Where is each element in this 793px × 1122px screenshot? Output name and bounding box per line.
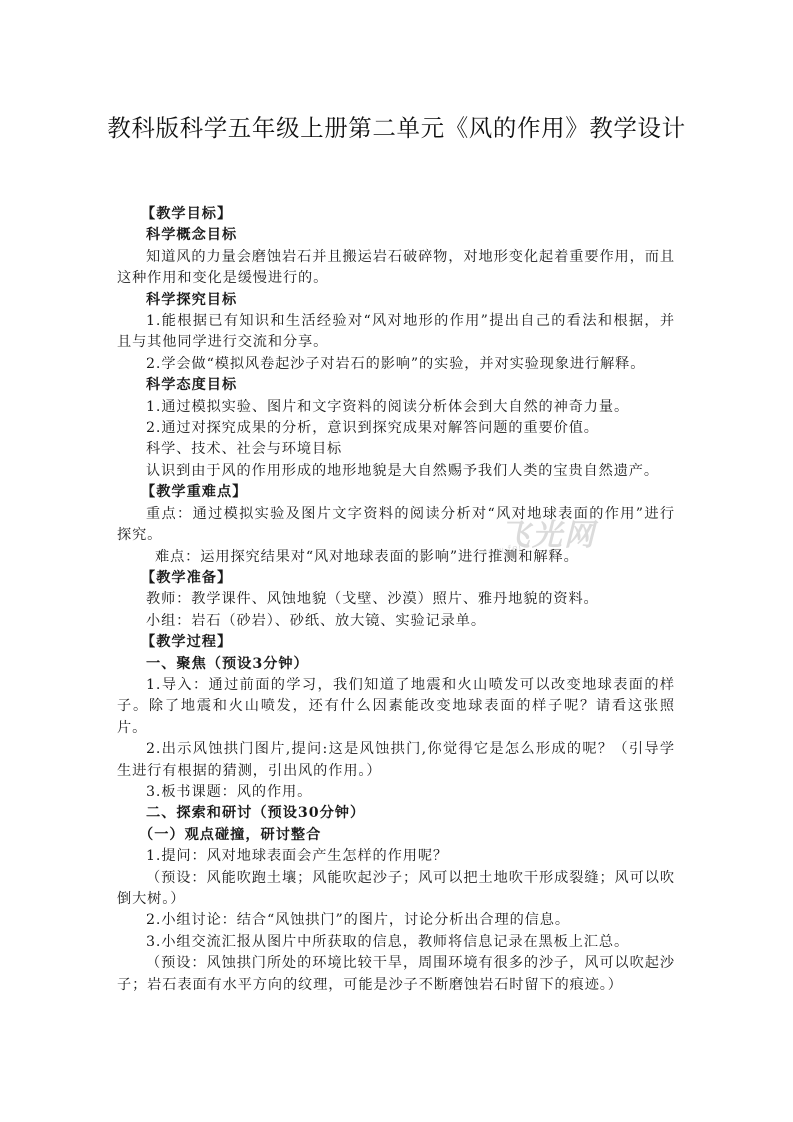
list-item-part2-1: 1.提问：风对地球表面会产生怎样的作用呢？ bbox=[117, 846, 675, 867]
list-item-part1-2: 2.出示风蚀拱门图片,提问:这是风蚀拱门,你觉得它是怎么形成的呢？（引导学生进行… bbox=[117, 739, 675, 782]
list-item-part1-1: 1.导入：通过前面的学习，我们知道了地震和火山喷发可以改变地球表面的样子。除了地… bbox=[117, 675, 675, 739]
paragraph-key-point: 重点：通过模拟实验及图片文字资料的阅读分析对“风对地球表面的作用”进行探究。 bbox=[117, 504, 675, 547]
document-title: 教科版科学五年级上册第二单元《风的作用》教学设计 bbox=[100, 112, 693, 145]
paragraph-group-prep: 小组：岩石（砂岩）、砂纸、放大镜、实验记录单。 bbox=[117, 611, 675, 632]
list-item-part1-3: 3.板书课题：风的作用。 bbox=[117, 782, 675, 803]
list-item-inquiry-1: 1.能根据已有知识和生活经验对“风对地形的作用”提出自己的看法和根据，并且与其他… bbox=[117, 311, 675, 354]
subheading-stse-goal: 科学、技术、社会与环境目标 bbox=[117, 439, 675, 460]
list-item-attitude-2: 2.通过对探究成果的分析，意识到探究成果对解答问题的重要价值。 bbox=[117, 418, 675, 439]
list-item-inquiry-2: 2.学会做“模拟风卷起沙子对岩石的影响”的实验，并对实验现象进行解释。 bbox=[117, 354, 675, 375]
section-heading-preparation: 【教学准备】 bbox=[117, 568, 675, 589]
section-heading-process: 【教学过程】 bbox=[117, 632, 675, 653]
list-item-part2-preset-1: （预设：风能吹跑土壤；风能吹起沙子；风可以把土地吹干形成裂缝；风可以吹倒大树。） bbox=[117, 868, 675, 911]
paragraph-concept-goal: 知道风的力量会磨蚀岩石并且搬运岩石破碎物，对地形变化起着重要作用，而且这种作用和… bbox=[117, 247, 675, 290]
list-item-part2-2: 2.小组讨论：结合“风蚀拱门”的图片，讨论分析出合理的信息。 bbox=[117, 910, 675, 931]
list-item-attitude-1: 1.通过模拟实验、图片和文字资料的阅读分析体会到大自然的神奇力量。 bbox=[117, 397, 675, 418]
paragraph-teacher-prep: 教师：教学课件、风蚀地貌（戈壁、沙漠）照片、雅丹地貌的资料。 bbox=[117, 589, 675, 610]
document-body: 【教学目标】 科学概念目标 知道风的力量会磨蚀岩石并且搬运岩石破碎物，对地形变化… bbox=[117, 204, 675, 996]
list-item-part2-preset-2: （预设：风蚀拱门所处的环境比较干旱，周围环境有很多的沙子，风可以吹起沙子；岩石表… bbox=[117, 953, 675, 996]
section-heading-goals: 【教学目标】 bbox=[117, 204, 675, 225]
subheading-inquiry-goal: 科学探究目标 bbox=[117, 290, 675, 311]
subheading-attitude-goal: 科学态度目标 bbox=[117, 375, 675, 396]
paragraph-stse-goal: 认识到由于风的作用形成的地形地貌是大自然赐予我们人类的宝贵自然遗产。 bbox=[117, 461, 675, 482]
list-item-part2-3: 3.小组交流汇报从图片中所获取的信息，教师将信息记录在黑板上汇总。 bbox=[117, 932, 675, 953]
document-page: 教科版科学五年级上册第二单元《风的作用》教学设计 【教学目标】 科学概念目标 知… bbox=[0, 0, 793, 1122]
subheading-part2-explore: 二、探索和研讨（预设30分钟） bbox=[117, 803, 675, 824]
subheading-part1-focus: 一、聚焦（预设3分钟） bbox=[117, 654, 675, 675]
subheading-part2-sub1: （一）观点碰撞，研讨整合 bbox=[117, 825, 675, 846]
paragraph-difficult-point: 难点：运用探究结果对“风对地球表面的影响”进行推测和解释。 bbox=[117, 547, 675, 568]
section-heading-key-points: 【教学重难点】 bbox=[117, 482, 675, 503]
subheading-concept-goal: 科学概念目标 bbox=[117, 225, 675, 246]
